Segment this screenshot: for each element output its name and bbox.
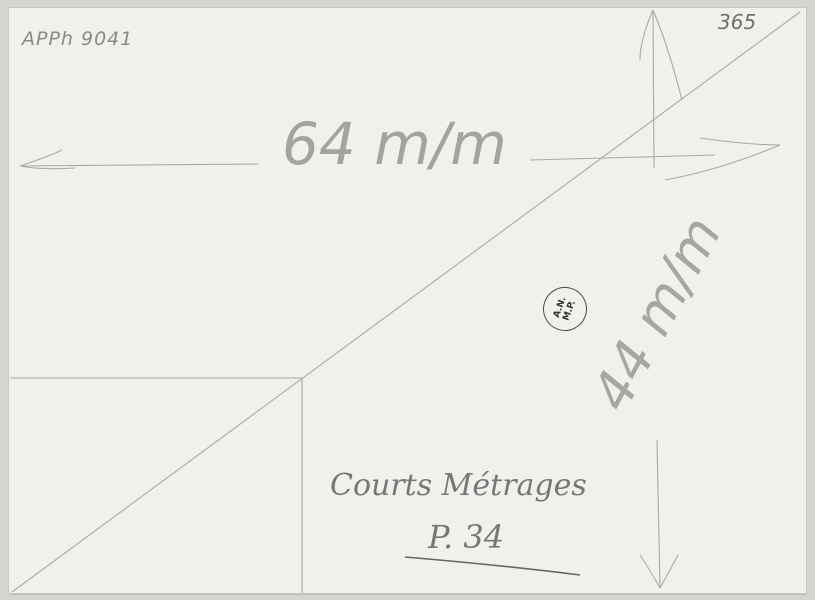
- height-arrow-bottom: [657, 440, 660, 588]
- page-reference: P. 34: [428, 518, 504, 556]
- page-underline: [405, 557, 580, 575]
- item-number: 365: [718, 10, 756, 34]
- width-dimension: 64 m/m: [282, 110, 507, 178]
- arrow-right-icon: [665, 138, 780, 180]
- arrow-left-icon: [20, 150, 258, 169]
- height-arrow-top: [653, 10, 654, 168]
- arrow-up-icon: [640, 10, 682, 100]
- reference-code: APPh 9041: [22, 28, 133, 50]
- width-arrow-right: [530, 155, 715, 160]
- caption-text: Courts Métrages: [330, 468, 587, 503]
